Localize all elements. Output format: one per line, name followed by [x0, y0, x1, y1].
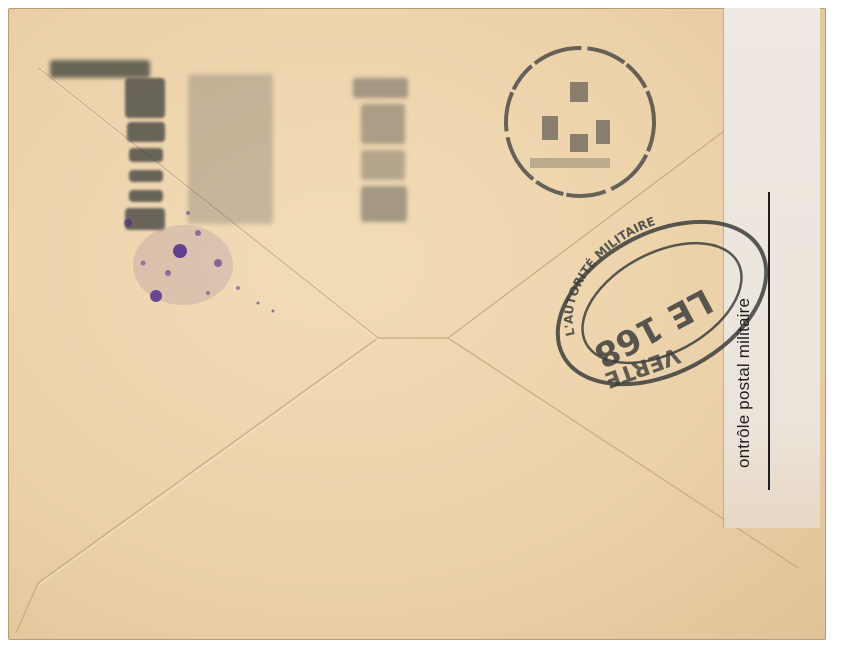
round-postmark — [500, 38, 660, 200]
purple-ink-stain — [98, 193, 298, 323]
envelope-back: L'AUTORITÉ MILITAIRE LE 168 VERTE — [8, 8, 826, 640]
faded-barred-mark — [353, 78, 408, 223]
censor-label-rule — [768, 192, 770, 490]
censor-label-text: ontrôle postal militaire — [734, 298, 754, 468]
smudge-mark — [50, 60, 150, 78]
